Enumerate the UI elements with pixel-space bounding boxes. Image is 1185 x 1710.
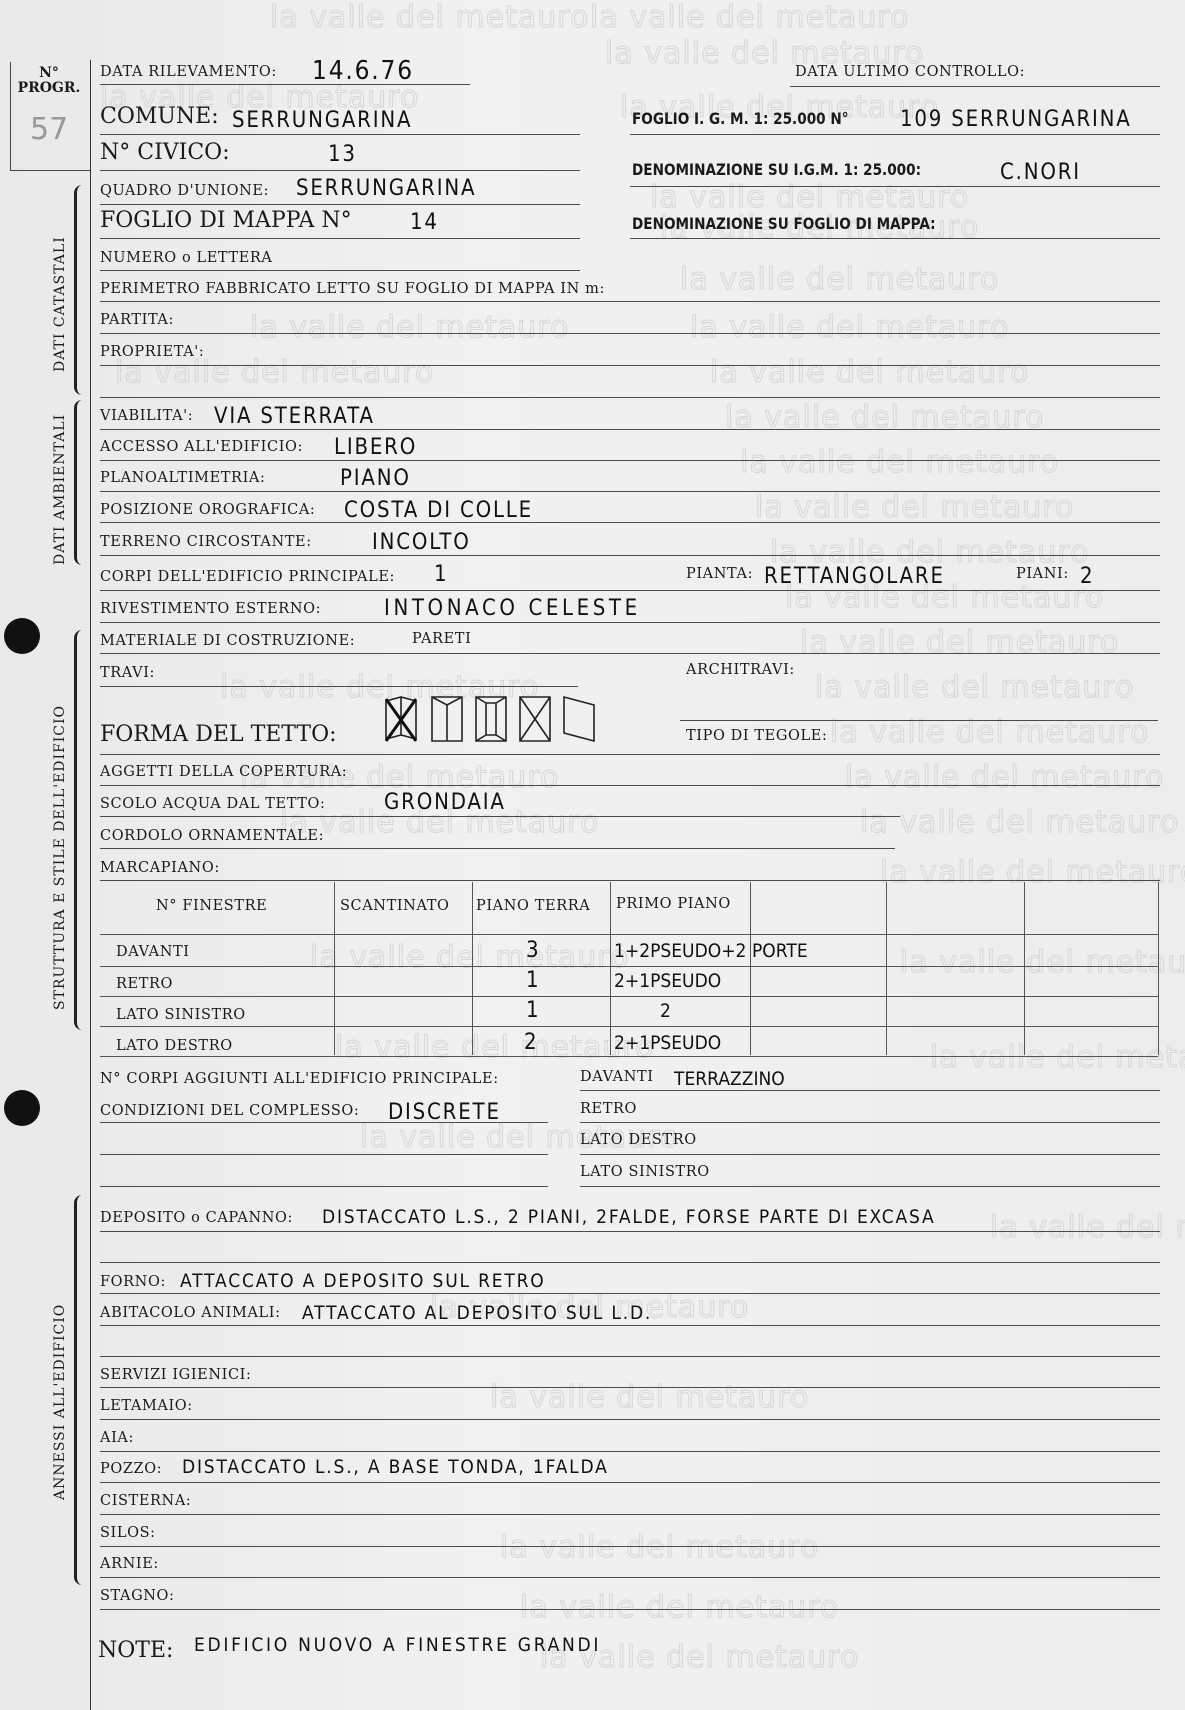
rule	[100, 1325, 1160, 1326]
comune-label: COMUNE:	[100, 104, 219, 129]
rule	[100, 785, 1160, 786]
materiale-pareti-label: PARETI	[412, 631, 471, 647]
corpi-retro-label: RETRO	[580, 1101, 637, 1117]
rule	[580, 1090, 1160, 1091]
table-col-divider	[886, 882, 887, 1055]
section-label-ambientali: DATI AMBIENTALI	[52, 414, 68, 565]
silos-label: SILOS:	[100, 1525, 156, 1541]
materiale-label: MATERIALE DI COSTRUZIONE:	[100, 633, 355, 649]
civico-field[interactable]: 13	[328, 142, 357, 167]
section-label-catastali: DATI CATASTALI	[52, 236, 68, 372]
rule	[100, 1186, 548, 1187]
table-rule	[100, 934, 1158, 935]
rule	[100, 816, 900, 817]
note-label: NOTE:	[98, 1638, 173, 1663]
rule	[100, 1419, 1160, 1420]
survey-form-page: la valle del metauro la valle del metaur…	[0, 0, 1185, 1710]
foglio-mappa-field[interactable]: 14	[410, 210, 439, 235]
arnie-label: ARNIE:	[100, 1556, 159, 1572]
deposito-field[interactable]: DISTACCATO L.S., 2 PIANI, 2FALDE, FORSE …	[322, 1206, 936, 1228]
watermark: la valle del metauro	[250, 310, 569, 345]
prog-label-n: N°	[14, 66, 84, 81]
data-ultimo-controllo-label: DATA ULTIMO CONTROLLO:	[795, 64, 1025, 80]
rule	[100, 270, 580, 271]
rule	[100, 204, 580, 205]
rule	[100, 491, 1160, 492]
civico-label: N° CIVICO:	[100, 140, 230, 165]
rule	[100, 170, 580, 171]
rule	[100, 754, 1160, 755]
igm-foglio-field[interactable]: 109 SERRUNGARINA	[900, 107, 1132, 132]
watermark: la valle del metauro	[990, 1210, 1185, 1245]
rule	[100, 1387, 1160, 1388]
architravi-label: ARCHITRAVI:	[686, 662, 795, 678]
comune-field[interactable]: SERRUNGARINA	[232, 108, 412, 133]
cell-extra[interactable]: PORTE	[752, 940, 808, 962]
cisterna-label: CISTERNA:	[100, 1493, 191, 1509]
prog-label-progr: PROGR.	[14, 81, 84, 96]
watermark: la valle del metauro	[490, 1380, 809, 1415]
rule	[100, 1122, 548, 1123]
rule	[680, 720, 1158, 721]
watermark: la valle del metauro	[270, 0, 589, 35]
partita-label: PARTITA:	[100, 312, 174, 328]
watermark: la valle del metauro	[845, 760, 1164, 795]
forno-field[interactable]: ATTACCATO A DEPOSITO SUL RETRO	[180, 1270, 546, 1292]
rule	[580, 1186, 1160, 1187]
rule	[100, 1577, 1160, 1578]
row-label: DAVANTI	[116, 944, 190, 960]
terreno-field[interactable]: INCOLTO	[372, 530, 471, 555]
corpi-lato-sinistro-label: LATO SINISTRO	[580, 1164, 710, 1180]
rule	[100, 1293, 1160, 1294]
rule	[100, 1356, 1160, 1357]
stagno-label: STAGNO:	[100, 1588, 175, 1604]
row-label: LATO DESTRO	[116, 1038, 233, 1054]
forno-label: FORNO:	[100, 1274, 166, 1290]
forma-tetto-label: FORMA DEL TETTO:	[100, 722, 337, 747]
rule	[100, 301, 1160, 302]
rule	[100, 622, 1160, 623]
corpi-edificio-field[interactable]: 1	[434, 562, 448, 587]
cell-primo-piano[interactable]: 2+1PSEUDO	[614, 970, 721, 992]
section-label-struttura: STRUTTURA E STILE DELL'EDIFICIO	[52, 705, 68, 1010]
cell-piano-terra[interactable]: 2	[524, 1030, 538, 1055]
rule	[100, 848, 895, 849]
table-rule	[100, 966, 1158, 967]
rule	[790, 86, 1160, 87]
progressive-number-value: 57	[30, 112, 68, 147]
cell-primo-piano[interactable]: 2	[660, 1000, 671, 1022]
proprieta-label: PROPRIETA':	[100, 344, 204, 360]
table-rule	[100, 1026, 1158, 1027]
row-label: RETRO	[116, 976, 173, 992]
data-rilevamento-label: DATA RILEVAMENTO:	[100, 64, 277, 80]
rule	[100, 84, 470, 85]
roof-gable-valley-icon[interactable]	[474, 695, 508, 743]
rivestimento-field[interactable]: INTONACO CELESTE	[384, 596, 641, 621]
scolo-field[interactable]: GRONDAIA	[384, 790, 506, 815]
watermark: la valle del metauro	[310, 940, 629, 975]
rule	[100, 1482, 1160, 1483]
table-col-divider	[610, 882, 611, 1055]
watermark: la valle del metauro	[115, 355, 434, 390]
rule	[100, 1514, 1160, 1515]
deposito-label: DEPOSITO o CAPANNO:	[100, 1210, 293, 1226]
binder-hole	[4, 1090, 40, 1126]
piani-label: PIANI:	[1016, 566, 1069, 582]
corpi-edificio-label: CORPI DELL'EDIFICIO PRINCIPALE:	[100, 569, 395, 585]
travi-label: TRAVI:	[100, 665, 155, 681]
perimetro-label: PERIMETRO FABBRICATO LETTO SU FOGLIO DI …	[100, 281, 605, 297]
terreno-label: TERRENO CIRCOSTANTE:	[100, 534, 312, 550]
roof-four-pitch-icon[interactable]	[518, 695, 552, 743]
row-label: LATO SINISTRO	[116, 1007, 246, 1023]
table-col-divider	[1024, 882, 1025, 1055]
table-rule	[100, 996, 1158, 997]
pianta-label: PIANTA:	[686, 566, 753, 582]
watermark: la valle del metauro	[590, 0, 909, 35]
watermark: la valle del metauro	[500, 1530, 819, 1565]
rule	[100, 686, 578, 687]
brace-struttura	[74, 630, 87, 1030]
corpi-davanti-label: DAVANTI	[580, 1069, 654, 1085]
tipo-tegole-label: TIPO DI TEGOLE:	[686, 728, 827, 744]
watermark: la valle del metauro	[755, 490, 1074, 525]
rule	[580, 1154, 1160, 1155]
cell-piano-terra[interactable]: 3	[526, 938, 540, 963]
note-field[interactable]: EDIFICIO NUOVO A FINESTRE GRANDI	[194, 1634, 601, 1656]
viabilita-field[interactable]: VIA STERRATA	[214, 404, 375, 429]
rule	[100, 590, 1160, 591]
watermark: la valle del metauro	[680, 262, 999, 297]
rule	[100, 522, 1160, 523]
table-header-scantinato: SCANTINATO	[340, 898, 450, 914]
pianta-field[interactable]: RETTANGOLARE	[764, 564, 945, 589]
rule	[630, 134, 1160, 135]
table-rule	[100, 1056, 1158, 1057]
igm-denominazione-label: DENOMINAZIONE SU I.G.M. 1: 25.000:	[632, 160, 921, 179]
rule	[100, 365, 1160, 366]
table-header-finestre: N° FINESTRE	[156, 898, 267, 914]
foglio-mappa-label: FOGLIO DI MAPPA N°	[100, 208, 352, 233]
rule	[100, 397, 1160, 398]
letamaio-label: LETAMAIO:	[100, 1398, 193, 1414]
watermark: la valle del metauro	[880, 855, 1185, 890]
watermark: la valle del metauro	[335, 1030, 654, 1065]
corpi-aggiunti-label: N° CORPI AGGIUNTI ALL'EDIFICIO PRINCIPAL…	[100, 1071, 499, 1087]
rule	[630, 238, 1160, 239]
table-col-divider	[750, 882, 751, 1055]
scolo-label: SCOLO ACQUA DAL TETTO:	[100, 796, 326, 812]
roof-hip-icon[interactable]	[384, 695, 418, 743]
roof-single-pitch-icon[interactable]	[562, 695, 596, 743]
igm-denominazione-field[interactable]: C.NORI	[1000, 160, 1081, 185]
cell-primo-piano[interactable]: 2+1PSEUDO	[614, 1032, 721, 1054]
rule	[100, 1609, 1160, 1610]
watermark: la valle del metauro	[520, 1590, 839, 1625]
data-rilevamento-field[interactable]: 14.6.76	[312, 56, 414, 86]
watermark: la valle del metauro	[930, 1040, 1185, 1075]
progressive-number-label: N° PROGR.	[14, 66, 84, 96]
corpi-davanti-field[interactable]: TERRAZZINO	[674, 1068, 785, 1090]
rule	[100, 333, 1160, 334]
table-col-divider	[334, 882, 335, 1055]
servizi-igienici-label: SERVIZI IGIENICI:	[100, 1367, 251, 1383]
watermark: la valle del metauro	[815, 670, 1134, 705]
brace-ambientali	[74, 400, 87, 565]
binder-hole	[4, 618, 40, 654]
cordolo-label: CORDOLO ORNAMENTALE:	[100, 828, 324, 844]
posizione-orografica-label: POSIZIONE OROGRAFICA:	[100, 502, 315, 518]
pozzo-field[interactable]: DISTACCATO L.S., A BASE TONDA, 1FALDA	[182, 1456, 609, 1478]
rule	[100, 460, 1160, 461]
posizione-orografica-field[interactable]: COSTA DI COLLE	[344, 498, 533, 523]
cell-primo-piano[interactable]: 1+2PSEUDO+2	[614, 940, 746, 962]
planoaltimetria-label: PLANOALTIMETRIA:	[100, 470, 265, 486]
table-header-piano-terra: PIANO TERRA	[476, 898, 590, 914]
table-header-primo-piano: PRIMO PIANO	[616, 896, 731, 912]
rule	[630, 186, 1160, 187]
rivestimento-label: RIVESTIMENTO ESTERNO:	[100, 601, 321, 617]
marcapiano-label: MARCAPIANO:	[100, 860, 220, 876]
quadro-label: QUADRO D'UNIONE:	[100, 183, 269, 199]
rule	[100, 134, 580, 135]
watermark: la valle del metauro	[690, 310, 1009, 345]
watermark: la valle del metauro	[860, 805, 1179, 840]
numero-lettera-label: NUMERO o LETTERA	[100, 250, 273, 266]
rule	[100, 555, 1160, 556]
rule	[100, 238, 580, 239]
watermark: la valle del metauro	[710, 355, 1029, 390]
watermark: la valle del metauro	[800, 625, 1119, 660]
rule	[100, 1546, 1160, 1547]
margin-line	[90, 60, 91, 1710]
rule	[100, 880, 1160, 881]
brace-annessi	[74, 1195, 87, 1585]
rule	[100, 653, 1160, 654]
condizioni-label: CONDIZIONI DEL COMPLESSO:	[100, 1103, 359, 1119]
aia-label: AIA:	[100, 1430, 134, 1446]
planoaltimetria-field[interactable]: PIANO	[340, 466, 411, 491]
rule	[580, 1122, 1160, 1123]
abitacolo-animali-field[interactable]: ATTACCATO AL DEPOSITO SUL L.D.	[302, 1302, 652, 1324]
igm-foglio-label: FOGLIO I. G. M. 1: 25.000 N°	[632, 109, 849, 128]
watermark: la valle del metauro	[740, 445, 1059, 480]
table-col-divider	[472, 882, 473, 1055]
rule	[100, 1154, 548, 1155]
cell-piano-terra[interactable]: 1	[526, 998, 540, 1023]
roof-gable-ridge-icon[interactable]	[430, 695, 464, 743]
accesso-field[interactable]: LIBERO	[334, 435, 417, 460]
pozzo-label: POZZO:	[100, 1461, 162, 1477]
section-label-annessi: ANNESSI ALL'EDIFICIO	[52, 1304, 68, 1500]
aggetti-label: AGGETTI DELLA COPERTURA:	[100, 764, 347, 780]
cell-piano-terra[interactable]: 1	[526, 968, 540, 993]
rule	[100, 1231, 1160, 1232]
viabilita-label: VIABILITA':	[100, 408, 193, 424]
corpi-lato-destro-label: LATO DESTRO	[580, 1132, 697, 1148]
abitacolo-animali-label: ABITACOLO ANIMALI:	[100, 1305, 281, 1321]
watermark: la valle del metauro	[900, 945, 1185, 980]
rule	[100, 429, 1160, 430]
rule	[100, 1451, 1160, 1452]
accesso-label: ACCESSO ALL'EDIFICIO:	[100, 439, 303, 455]
piani-field[interactable]: 2	[1080, 564, 1094, 589]
table-col-divider	[1158, 882, 1159, 1055]
rule	[100, 1262, 1160, 1263]
brace-catastali	[74, 185, 87, 395]
mappa-denominazione-label: DENOMINAZIONE SU FOGLIO DI MAPPA:	[632, 214, 936, 233]
quadro-field[interactable]: SERRUNGARINA	[296, 176, 476, 201]
